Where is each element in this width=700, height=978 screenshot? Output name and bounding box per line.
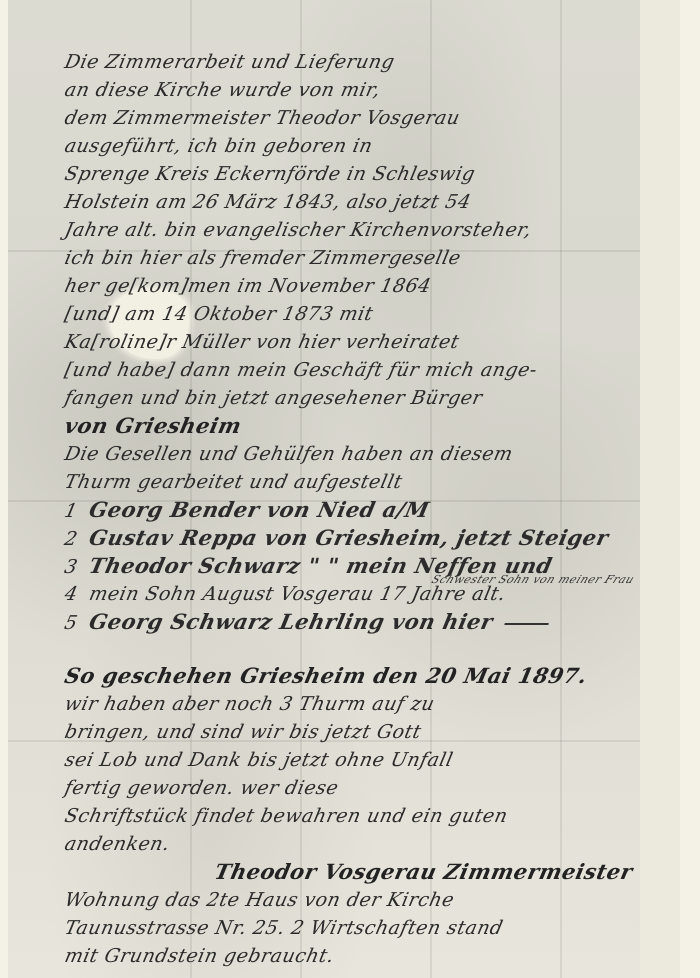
text-line: Thurm gearbeitet und aufgestellt bbox=[62, 468, 648, 496]
text-line: an diese Kirche wurde von mir, bbox=[62, 76, 648, 104]
signature: Theodor Vosgerau Zimmermeister bbox=[62, 858, 648, 886]
text-line: von Griesheim bbox=[62, 412, 648, 440]
list-number: 4 bbox=[62, 580, 86, 608]
worker-entry: Georg Schwarz Lehrling von hier bbox=[87, 609, 496, 634]
list-number: 1 bbox=[62, 497, 86, 525]
text-line: fangen und bin jetzt angesehener Bürger bbox=[62, 384, 648, 412]
text-line: sei Lob und Dank bis jetzt ohne Unfall bbox=[62, 746, 648, 774]
list-number: 3 bbox=[62, 553, 86, 581]
text-line: her ge[kom]men im November 1864 bbox=[62, 272, 648, 300]
list-item: 3 Theodor Schwarz " " mein Neffen und Sc… bbox=[62, 552, 648, 580]
text-line: dem Zimmermeister Theodor Vosgerau bbox=[62, 104, 648, 132]
text-line: Sprenge Kreis Eckernförde in Schleswig bbox=[62, 160, 648, 188]
text-line: Jahre alt. bin evangelischer Kirchenvors… bbox=[62, 216, 648, 244]
worker-entry: Georg Bender von Nied a/M bbox=[87, 497, 432, 522]
text-line: Ka[roline]r Müller von hier verheiratet bbox=[62, 328, 648, 356]
postscript: Wohnung das 2te Haus von der Kirche Taun… bbox=[62, 886, 642, 970]
dash-line bbox=[505, 623, 549, 625]
text-line: fertig geworden. wer diese bbox=[62, 774, 648, 802]
text-line: bringen, und sind wir bis jetzt Gott bbox=[62, 718, 648, 746]
text-line: Wohnung das 2te Haus von der Kirche bbox=[62, 886, 648, 914]
text-line: Die Zimmerarbeit und Lieferung bbox=[62, 48, 648, 76]
spacer bbox=[62, 636, 642, 662]
list-number: 2 bbox=[62, 525, 86, 553]
worker-entry: Gustav Reppa von Griesheim, jetzt Steige… bbox=[87, 525, 611, 550]
text-line: Taunusstrasse Nr. 25. 2 Wirtschaften sta… bbox=[62, 914, 648, 942]
text-line: ausgeführt, ich bin geboren in bbox=[62, 132, 648, 160]
list-item: 5 Georg Schwarz Lehrling von hier bbox=[62, 608, 648, 636]
paragraph-date-closing: So geschehen Griesheim den 20 Mai 1897. … bbox=[62, 662, 642, 858]
list-number: 5 bbox=[62, 609, 86, 637]
text-line: [und habe] dann mein Geschäft für mich a… bbox=[62, 356, 648, 384]
list-item: 4 mein Sohn August Vosgerau 17 Jahre alt… bbox=[62, 580, 648, 608]
text-line: wir haben aber noch 3 Thurm auf zu bbox=[62, 690, 648, 718]
list-item: 2 Gustav Reppa von Griesheim, jetzt Stei… bbox=[62, 524, 648, 552]
paragraph-builder-bio: Die Zimmerarbeit und Lieferung an diese … bbox=[62, 48, 642, 440]
text-line: mit Grundstein gebraucht. bbox=[62, 942, 648, 970]
text-line: ich bin hier als fremder Zimmergeselle bbox=[62, 244, 648, 272]
paragraph-workers-intro: Die Gesellen und Gehülfen haben an diese… bbox=[62, 440, 642, 496]
text-line: [und] am 14 Oktober 1873 mit bbox=[62, 300, 648, 328]
worker-entry: mein Sohn August Vosgerau 17 Jahre alt. bbox=[87, 583, 508, 605]
text-line: Holstein am 26 März 1843, also jetzt 54 bbox=[62, 188, 648, 216]
text-line: Schriftstück findet bewahren und ein gut… bbox=[62, 802, 648, 830]
date-line: So geschehen Griesheim den 20 Mai 1897. bbox=[62, 662, 648, 690]
workers-list: 1 Georg Bender von Nied a/M 2 Gustav Rep… bbox=[62, 496, 642, 636]
text-line: andenken. bbox=[62, 830, 648, 858]
list-item: 1 Georg Bender von Nied a/M bbox=[62, 496, 648, 524]
handwritten-text: Die Zimmerarbeit und Lieferung an diese … bbox=[62, 48, 642, 970]
text-line: Die Gesellen und Gehülfen haben an diese… bbox=[62, 440, 648, 468]
